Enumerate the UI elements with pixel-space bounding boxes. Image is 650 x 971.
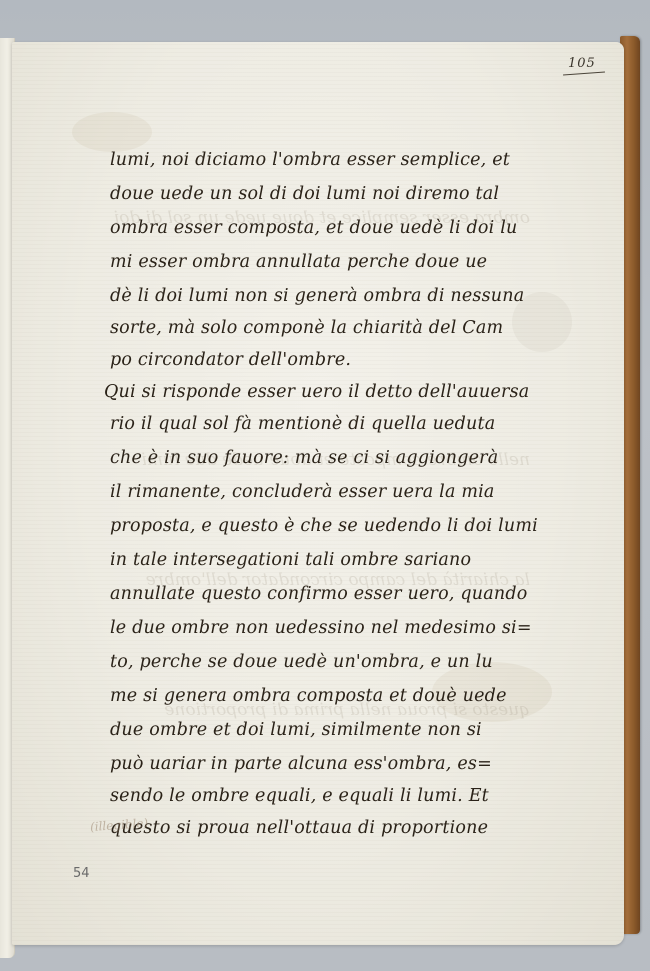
text-line: questo si proua nell'ottaua di proportio… bbox=[110, 818, 488, 838]
text-line: proposta, e questo è che se uedendo li d… bbox=[110, 516, 538, 536]
text-line: to, perche se doue uedè un'ombra, e un l… bbox=[110, 652, 493, 672]
text-line: me si genera ombra composta et douè uede bbox=[110, 686, 507, 706]
text-line: in tale intersegationi tali ombre sarian… bbox=[110, 550, 471, 570]
text-line: sorte, mà solo componè la chiarità del C… bbox=[110, 318, 503, 338]
text-line: lumi, noi diciamo l'ombra esser semplice… bbox=[110, 150, 510, 170]
text-line: può uariar in parte alcuna ess'ombra, es… bbox=[110, 754, 492, 774]
text-line: rio il qual sol fà mentionè di quella ue… bbox=[110, 414, 495, 434]
text-line: che è in suo fauore: mà se ci si aggiong… bbox=[110, 448, 498, 468]
text-line: sendo le ombre equali, e equali li lumi.… bbox=[110, 786, 489, 806]
text-line: annullate questo confirmo esser uero, qu… bbox=[110, 584, 527, 604]
text-line: due ombre et doi lumi, similmente non si bbox=[110, 720, 482, 740]
text-line: Qui si risponde esser uero il detto dell… bbox=[104, 382, 529, 402]
text-line: dè li doi lumi non si generà ombra di ne… bbox=[110, 286, 524, 306]
text-line: ombra esser composta, et doue uedè li do… bbox=[110, 218, 518, 238]
text-line: il rimanente, concluderà esser uera la m… bbox=[110, 482, 495, 502]
text-line: po circondator dell'ombre. bbox=[110, 350, 351, 370]
paper-stain bbox=[72, 112, 152, 152]
text-line: mi esser ombra annullata perche doue ue bbox=[110, 252, 487, 272]
pencil-folio-number: 54 bbox=[73, 866, 90, 881]
page-number: 105 bbox=[568, 56, 596, 71]
text-line: le due ombre non uedessino nel medesimo … bbox=[110, 618, 532, 638]
text-line: doue uede un sol di doi lumi noi diremo … bbox=[110, 184, 499, 204]
